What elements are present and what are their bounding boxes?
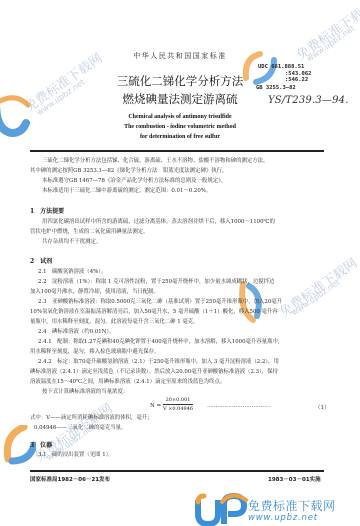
where-line2: 0.04946——三氧化二砷的毫克当量。: [34, 426, 126, 431]
brand-logo-icon: [192, 492, 248, 526]
calc-intro: 按下式计算碘标准溶液的当量浓度：: [42, 390, 128, 395]
section-3-title: 3 仪器: [30, 440, 52, 449]
gb-number: GB 3255.3—82: [256, 86, 296, 92]
handwritten-code: YS/T239.3—94.: [268, 96, 349, 106]
item-2-4-2-line2: 碘标准溶液（2.4.1）滴定至浅蓝色（不记录读数）。然后放入20.00毫升亚砷酸…: [30, 370, 278, 375]
formula-number: （1）: [315, 403, 330, 411]
item-2-4-1-line2: 用水稀释至刻度，混匀，移入棕色玻璃瓶中避光保存。: [30, 350, 159, 355]
section-1-p2: 共存杂质均不干扰测定。: [42, 240, 101, 245]
item-2-4: 2.4 碘标准溶液（约0.01N）。: [38, 330, 115, 335]
title-en-line2: The combustion - iodine volumetric metho…: [0, 124, 360, 130]
item-2-2-line1: 2.2 淀粉溶液（1%）：称取 1 克可溶性淀粉，置于250毫升烧杯中，加少量水…: [38, 280, 274, 285]
item-2-3-line1: 2.3 亚砷酸钠标准溶液：称取0.5000克三氧化二砷（基准试剂）置于250毫升…: [38, 300, 282, 305]
item-2-4-2-line1: 2.4.2 标定：取70毫升碳酸氢钠溶液（2.1）于250毫升锥形瓶中，加入 3…: [38, 360, 279, 365]
section-1-p1-line1: 用四氯化碳溶出试样中所含的游离硫，过滤分离基体。蒸去溶剂并烘干后，移入1000～…: [42, 220, 275, 225]
item-2-1: 2.1 碳酸氢钠溶液（4%）。: [38, 270, 106, 275]
title-en-line3: for determination of free sulfur: [0, 134, 360, 140]
item-2-4-1-line1: 2.4.1 配制：称取1.27克碘和40克碘化钾置于400毫升烧杯中，加水溶解，…: [38, 340, 283, 345]
formula-fraction: 20×0.001 V ×0.04946: [163, 397, 193, 412]
intro-p1-line2: 其中砷的测定按照GB 3253.1—82《锑化学分析方法 钼蓝光度法测定砷》执行…: [30, 169, 227, 174]
brand-url: www.upbz.net: [248, 513, 318, 523]
formula-leader: ……………………………………: [207, 403, 270, 409]
item-2-3-line3: 量瓶中，用水稀释至刻度，混匀。此溶液每毫升含三氧化二砷 1 毫克。: [30, 320, 199, 325]
brand-name: 免费标准下载网: [248, 497, 336, 514]
effective-date: 1983－03－01实施: [268, 475, 321, 483]
item-2-2-line2: 加入100毫升沸水，静置冷却，使用清液，当日配制。: [30, 290, 159, 295]
formula-lhs: N =: [150, 403, 161, 409]
item-3-1: 3.1 硫的浸出装置（见图 1）。: [38, 453, 114, 458]
top-rule-divider: [30, 150, 324, 152]
item-2-4-2-line3: 溶液温度在15～40℃之间，用碘标准溶液（2.4.1）滴定至原来的浅蓝色为终点。: [30, 380, 225, 385]
title-en-line1: Chemical analysis of antimony trisulfide: [0, 114, 360, 120]
formula-numerator: 20×0.001: [163, 397, 193, 405]
issued-date: 国家标准局1982－06－21发布: [30, 475, 110, 483]
udc-line3: :546.22: [285, 78, 308, 84]
intro-p1-line1: 三硫化二锑化学分析方法包括锑、化合硫、游离硫、王水不溶物、盐酸不溶物和砷的测定方…: [42, 159, 268, 164]
bottom-rule-divider: [30, 470, 324, 472]
section-1-p1-line2: 管状电炉中燃烧，生成的二氧化硫用碘量法测定。: [30, 230, 149, 235]
intro-p3: 本标准适用于三硫化二锑中游离硫的测定。测定范围：0.01～0.20%。: [42, 189, 211, 194]
national-standard-label: 中华人民共和国国家标准: [0, 53, 360, 60]
formula-denominator: V ×0.04946: [163, 405, 193, 412]
intro-p2: 本标准遵守GB 1467—78《冶金产品化学分析方法标准的总则及一般规定》。: [42, 179, 226, 184]
where-line1: 式中：V——滴定所消耗碘标准溶液的体积，毫升；: [30, 416, 153, 421]
item-2-3-line2: 10%氢氧化钠溶液在室温振荡溶解清亮后，加入50毫升水、5 毫升硫酸（1＋1）酸…: [30, 310, 278, 315]
watermark-text-midright: 免费标准下载网: [275, 253, 360, 321]
section-1-title: 1 方法提要: [30, 206, 64, 215]
section-2-title: 2 试剂: [30, 256, 52, 265]
udc-line1: UDC 661.888.51: [258, 65, 304, 71]
